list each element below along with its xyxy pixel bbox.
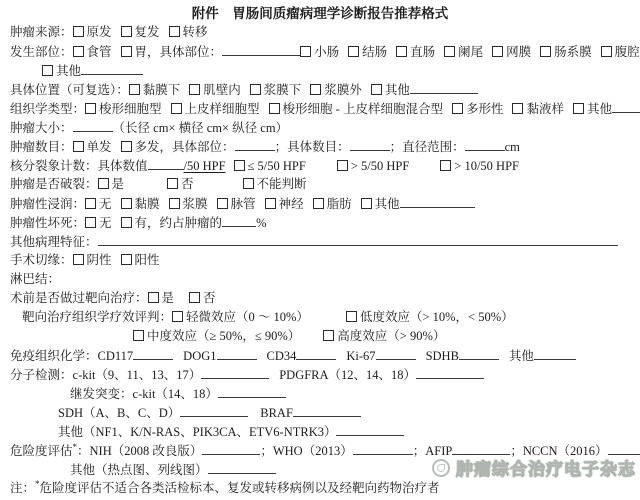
checkbox-icon[interactable]: [300, 46, 311, 57]
checkbox-label: 直肠: [410, 45, 435, 59]
page-title: 附件 胃肠间质瘤病理学诊断报告推荐格式: [0, 0, 640, 23]
checkbox-icon[interactable]: [85, 217, 96, 228]
form-line-secondary-mutation: 继发突变：c-kit（14、18）: [0, 384, 640, 403]
form-line-tumor-rupture: 肿瘤是否破裂：是否不能判断: [0, 175, 640, 194]
checkbox-option[interactable]: 小肠: [300, 45, 339, 59]
checkbox-label: 黏膜: [135, 197, 160, 211]
checkbox-label: 高度效应（> 90%）: [337, 329, 445, 343]
checkbox-label: 轻微效应（0 ～ 10%）: [186, 310, 309, 324]
form-line-risk-assessment-other: 其他（热点图、列线图）: [0, 460, 640, 479]
checkbox-icon[interactable]: [121, 254, 132, 265]
fill-in-blank[interactable]: [336, 422, 404, 436]
checkbox-option[interactable]: > 10/50 HPF: [440, 159, 519, 173]
checkbox-option[interactable]: 浆膜: [169, 197, 208, 211]
checkbox-option[interactable]: 梭形细胞 - 上皮样细胞混合型: [269, 102, 443, 116]
checkbox-icon[interactable]: [573, 103, 584, 114]
checkbox-option[interactable]: 轻微效应（0 ～ 10%）: [172, 310, 309, 324]
checkbox-icon[interactable]: [85, 103, 96, 114]
checkbox-option[interactable]: 肠系膜: [540, 45, 592, 59]
form-line-sdh-braf: SDH（A、B、C、D）BRAF: [0, 403, 640, 422]
checkbox-label: 梭形细胞型: [99, 102, 162, 116]
label-text: 免疫组织化学：: [10, 349, 98, 363]
fill-in-blank[interactable]: [202, 441, 260, 455]
label-text: ，约占肿瘤的: [147, 216, 222, 230]
checkbox-option[interactable]: 原发: [73, 25, 112, 39]
checkbox-option[interactable]: ≤ 5/50 HPF: [234, 159, 306, 173]
checkbox-label: 腹腔: [615, 45, 640, 59]
fill-in-blank[interactable]: [350, 137, 390, 151]
label-text: 具体位置（可复选）：: [10, 83, 129, 97]
form-line-molecular-testing: 分子检测：c-kit（9、11、13、17）PDGFRA（12、14、18）: [0, 365, 640, 384]
label-text: 其他病理特征：: [10, 235, 98, 249]
checkbox-icon[interactable]: [234, 160, 245, 171]
checkbox-icon[interactable]: [310, 84, 321, 95]
form-line-tumor-number: 肿瘤数目：单发多发，具体部位：；具体数目：；直径范围：cm: [0, 137, 640, 156]
label-text: c-kit（14、18）: [133, 387, 218, 401]
fill-in-blank[interactable]: [133, 346, 173, 360]
label-text: 危险度评估: [10, 444, 73, 458]
checkbox-option[interactable]: 肌壁内: [189, 83, 241, 97]
fill-in-blank[interactable]: [410, 80, 478, 94]
checkbox-icon[interactable]: [121, 141, 132, 152]
checkbox-label: 复发: [135, 25, 160, 39]
checkbox-label: 肠系膜: [554, 45, 592, 59]
checkbox-icon[interactable]: [167, 178, 178, 189]
checkbox-label: 转移: [183, 25, 208, 39]
label-text: 手术切缘：: [10, 253, 73, 267]
checkbox-option[interactable]: 黏液样: [512, 102, 564, 116]
checkbox-icon[interactable]: [148, 292, 159, 303]
fill-in-blank[interactable]: [81, 61, 143, 75]
pathology-report-form: 附件 胃肠间质瘤病理学诊断报告推荐格式 肿瘤来源：原发复发转移发生部位：食管胃，…: [0, 0, 640, 500]
form-lines: 肿瘤来源：原发复发转移发生部位：食管胃，具体部位：小肠结肠直肠阑尾网膜肠系膜腹腔…: [0, 23, 640, 498]
form-line-other-genes: 其他（NF1、K/N-RAS、PIK3CA、ETV6-NTRK3）: [0, 422, 640, 441]
checkbox-icon[interactable]: [98, 178, 109, 189]
form-line-other-pathologic-features: 其他病理特征：: [0, 232, 640, 251]
checkbox-option[interactable]: 阑尾: [444, 45, 483, 59]
checkbox-option[interactable]: 其他: [361, 197, 400, 211]
checkbox-option[interactable]: 多形性: [452, 102, 504, 116]
checkbox-option[interactable]: 脂肪: [313, 197, 352, 211]
checkbox-icon[interactable]: [492, 46, 503, 57]
checkbox-label: 否: [181, 177, 194, 191]
checkbox-icon[interactable]: [348, 46, 359, 57]
spacer: [416, 359, 426, 360]
spacer: [336, 359, 346, 360]
form-line-tumor-origin: 肿瘤来源：原发复发转移: [0, 23, 640, 42]
label-text: CD34: [267, 349, 297, 363]
label-text: ，具体部位：: [147, 45, 222, 59]
label-text: c-kit（9、11、13、17）: [73, 368, 202, 382]
checkbox-label: 其他: [56, 64, 81, 78]
form-line-immunohistochemistry: 免疫组织化学：CD117DOG1CD34Ki-67SDHB其他: [0, 346, 640, 365]
checkbox-option[interactable]: 网膜: [492, 45, 531, 59]
checkbox-icon[interactable]: [172, 311, 183, 322]
checkbox-icon[interactable]: [444, 46, 455, 57]
label-text: %: [256, 216, 266, 230]
checkbox-option[interactable]: 是: [148, 291, 175, 305]
label-text: 术前是否做过靶向治疗：: [10, 291, 148, 305]
checkbox-label: 浆膜下: [264, 83, 302, 97]
checkbox-label: 胃: [135, 45, 148, 59]
fill-in-blank[interactable]: [400, 194, 475, 208]
checkbox-option[interactable]: 是: [98, 177, 125, 191]
label-text: Ki-67: [346, 349, 375, 363]
fill-in-blank[interactable]: [459, 346, 499, 360]
checkbox-option[interactable]: 阳性: [121, 253, 160, 267]
form-line-footnote: 注：*危险度评估不适合各类活检标本、复发或转移病例以及经靶向药物治疗者: [0, 479, 640, 498]
spacer: [318, 320, 346, 321]
fill-in-blank[interactable]: [201, 365, 269, 379]
label-text: 肿瘤是否破裂：: [10, 177, 98, 191]
label-text: 肿瘤数目：: [10, 140, 73, 154]
checkbox-option[interactable]: 其他: [371, 83, 410, 97]
checkbox-option[interactable]: 否: [167, 177, 194, 191]
label-text: 分子检测：: [10, 368, 73, 382]
checkbox-option[interactable]: 高度效应（> 90%）: [323, 329, 445, 343]
checkbox-icon[interactable]: [440, 160, 451, 171]
label-text: ；直径范围：: [390, 140, 465, 154]
fill-in-blank[interactable]: [180, 403, 248, 417]
checkbox-option[interactable]: 其他: [42, 64, 81, 78]
checkbox-option[interactable]: 单发: [73, 140, 112, 154]
checkbox-label: 是: [112, 177, 125, 191]
checkbox-label: 其他: [385, 83, 410, 97]
checkbox-label: 小肠: [314, 45, 339, 59]
label-text: ；AFIP: [413, 444, 453, 458]
checkbox-label: 黏液样: [526, 102, 564, 116]
checkbox-option[interactable]: 食管: [73, 45, 112, 59]
form-line-surgical-margin: 手术切缘：阴性阳性: [0, 251, 640, 270]
checkbox-option[interactable]: 否: [189, 291, 216, 305]
checkbox-label: 有: [135, 216, 148, 230]
fill-in-blank[interactable]: [608, 441, 640, 455]
checkbox-icon[interactable]: [169, 26, 180, 37]
checkbox-option[interactable]: 结肠: [348, 45, 387, 59]
checkbox-icon[interactable]: [73, 141, 84, 152]
fill-in-blank[interactable]: [353, 441, 413, 455]
checkbox-icon[interactable]: [133, 330, 144, 341]
checkbox-option[interactable]: 有: [121, 216, 148, 230]
checkbox-label: 脉管: [231, 197, 256, 211]
checkbox-label: 是: [162, 291, 175, 305]
checkbox-option[interactable]: 浆膜外: [310, 83, 362, 97]
label-text: 肿瘤来源：: [10, 25, 73, 39]
checkbox-option[interactable]: 多发: [121, 140, 160, 154]
checkbox-label: 肌壁内: [203, 83, 241, 97]
checkbox-label: 阳性: [135, 253, 160, 267]
form-line-tumor-site-other: 其他: [0, 61, 640, 80]
label-text: 注：: [10, 481, 35, 495]
checkbox-label: 结肠: [362, 45, 387, 59]
label-text: PDGFRA（12、14、18）: [279, 368, 416, 382]
checkbox-label: > 10/50 HPF: [454, 159, 519, 173]
checkbox-icon[interactable]: [73, 254, 84, 265]
checkbox-label: 神经: [279, 197, 304, 211]
label-text: 其他: [509, 349, 534, 363]
fill-in-blank[interactable]: [222, 213, 256, 227]
checkbox-option[interactable]: 直肠: [396, 45, 435, 59]
checkbox-label: > 5/50 HPF: [351, 159, 409, 173]
label-text: ，具体部位：: [160, 140, 235, 154]
checkbox-label: 网膜: [506, 45, 531, 59]
fill-in-blank[interactable]: [293, 403, 361, 417]
checkbox-label: 其他: [375, 197, 400, 211]
form-line-mitotic-count: 核分裂象计数：具体数值/50 HPF≤ 5/50 HPF> 5/50 HPF> …: [0, 156, 640, 175]
form-line-specific-position: 具体位置（可复选）：黏膜下肌壁内浆膜下浆膜外其他: [0, 80, 640, 99]
label-text: 肿瘤性浸润：: [10, 197, 85, 211]
spacer: [173, 359, 183, 360]
fill-in-blank[interactable]: [73, 118, 113, 132]
form-line-therapy-response-row1: 靶向治疗组织学疗效评判：轻微效应（0 ～ 10%）低度效应（> 10%，< 50…: [0, 308, 640, 327]
checkbox-icon[interactable]: [250, 84, 261, 95]
fill-in-blank[interactable]: [534, 346, 576, 360]
checkbox-option[interactable]: 中度效应（≥ 50%，≤ 90%）: [133, 329, 300, 343]
checkbox-icon[interactable]: [269, 103, 280, 114]
checkbox-icon[interactable]: [42, 65, 53, 76]
label-text: DOG1: [183, 349, 216, 363]
fill-in-blank[interactable]: [416, 365, 484, 379]
form-line-lymph-nodes: 淋巴结：: [0, 270, 640, 289]
label-text: 发生部位：: [10, 45, 73, 59]
label-text: CD117: [98, 349, 134, 363]
label-text: 肿瘤大小：: [10, 121, 73, 135]
checkbox-label: 梭形细胞 - 上皮样细胞混合型: [283, 102, 443, 116]
spacer: [133, 187, 167, 188]
checkbox-label: 阴性: [87, 253, 112, 267]
spacer: [309, 339, 323, 340]
checkbox-label: 其他: [587, 102, 612, 116]
label-text: SDHB: [426, 349, 459, 363]
checkbox-icon[interactable]: [129, 84, 140, 95]
checkbox-icon[interactable]: [243, 178, 254, 189]
checkbox-label: 中度效应（≥ 50%，≤ 90%）: [147, 329, 300, 343]
checkbox-icon[interactable]: [396, 46, 407, 57]
label-text: cm: [505, 140, 520, 154]
checkbox-icon[interactable]: [171, 103, 182, 114]
checkbox-option[interactable]: 黏膜: [121, 197, 160, 211]
label-text: 组织学类型：: [10, 102, 85, 116]
label-text: 肿瘤性坏死：: [10, 216, 85, 230]
checkbox-option[interactable]: 不能判断: [243, 177, 307, 191]
checkbox-label: ≤ 5/50 HPF: [248, 159, 306, 173]
checkbox-icon[interactable]: [217, 198, 228, 209]
label-text: 淋巴结：: [10, 272, 60, 286]
checkbox-option[interactable]: 无: [85, 216, 112, 230]
checkbox-icon[interactable]: [346, 311, 357, 322]
label-text: 继发突变：: [70, 387, 133, 401]
checkbox-option[interactable]: 无: [85, 197, 112, 211]
form-line-histologic-type: 组织学类型：梭形细胞型上皮样细胞型梭形细胞 - 上皮样细胞混合型多形性黏液样其他: [0, 99, 640, 118]
checkbox-icon[interactable]: [73, 46, 84, 57]
checkbox-icon[interactable]: [265, 198, 276, 209]
checkbox-label: 低度效应（> 10%，< 50%）: [360, 310, 514, 324]
fill-in-blank[interactable]: [376, 346, 416, 360]
spacer: [226, 169, 234, 170]
checkbox-option[interactable]: 黏膜下: [129, 83, 181, 97]
checkbox-option[interactable]: 腹腔: [601, 45, 640, 59]
form-line-therapy-response-row2: 中度效应（≥ 50%，≤ 90%）高度效应（> 90%）: [0, 327, 640, 346]
fill-in-blank[interactable]: [218, 384, 286, 398]
checkbox-label: 无: [99, 216, 112, 230]
fill-in-blank[interactable]: [217, 346, 257, 360]
checkbox-icon[interactable]: [361, 198, 372, 209]
checkbox-icon[interactable]: [73, 26, 84, 37]
form-line-preop-targeted-therapy: 术前是否做过靶向治疗：是否: [0, 289, 640, 308]
spacer: [499, 359, 509, 360]
checkbox-icon[interactable]: [169, 198, 180, 209]
checkbox-label: 黏膜下: [143, 83, 181, 97]
label-text: ；NCCN（2016）: [510, 444, 607, 458]
spacer: [315, 169, 337, 170]
fill-in-blank[interactable]: [612, 99, 640, 113]
label-text: 核分裂象计数：具体数值: [10, 159, 148, 173]
checkbox-option[interactable]: 其他: [573, 102, 612, 116]
label-text: 靶向治疗组织学疗效评判：: [22, 310, 172, 324]
underlined-unit-text: /50 HPF: [184, 159, 226, 173]
checkbox-label: 原发: [87, 25, 112, 39]
form-line-tumor-size: 肿瘤大小：（长径 cm× 横径 cm× 纵径 cm）: [0, 118, 640, 137]
label-text: （长径 cm× 横径 cm× 纵径 cm）: [113, 121, 289, 135]
checkbox-option[interactable]: 梭形细胞型: [85, 102, 162, 116]
label-text: SDH（A、B、C、D）: [58, 406, 180, 420]
checkbox-label: 多发: [135, 140, 160, 154]
checkbox-option[interactable]: 脉管: [217, 197, 256, 211]
checkbox-label: 单发: [87, 140, 112, 154]
checkbox-icon[interactable]: [323, 330, 334, 341]
checkbox-option[interactable]: 上皮样细胞型: [171, 102, 260, 116]
form-line-risk-assessment: 危险度评估*：NIH（2008 改良版）；WHO（2013）；AFIP；NCCN…: [0, 441, 640, 460]
checkbox-label: 否: [203, 291, 216, 305]
spacer: [269, 378, 279, 379]
label-text: ；WHO（2013）: [260, 444, 352, 458]
checkbox-icon[interactable]: [371, 84, 382, 95]
checkbox-icon[interactable]: [189, 292, 200, 303]
checkbox-label: 脂肪: [327, 197, 352, 211]
checkbox-icon[interactable]: [121, 46, 132, 57]
fill-in-blank[interactable]: [235, 137, 275, 151]
form-line-tumor-site: 发生部位：食管胃，具体部位：小肠结肠直肠阑尾网膜肠系膜腹腔盆腔: [0, 42, 640, 61]
checkbox-icon[interactable]: [540, 46, 551, 57]
checkbox-icon[interactable]: [189, 84, 200, 95]
checkbox-label: 上皮样细胞型: [185, 102, 260, 116]
spacer: [203, 187, 243, 188]
checkbox-label: 不能判断: [257, 177, 307, 191]
spacer: [418, 169, 440, 170]
checkbox-label: 浆膜: [183, 197, 208, 211]
checkbox-icon[interactable]: [337, 160, 348, 171]
checkbox-icon[interactable]: [121, 217, 132, 228]
label-text: BRAF: [260, 406, 293, 420]
checkbox-label: 浆膜外: [324, 83, 362, 97]
checkbox-option[interactable]: 浆膜下: [250, 83, 302, 97]
checkbox-option[interactable]: 神经: [265, 197, 304, 211]
checkbox-icon[interactable]: [512, 103, 523, 114]
checkbox-option[interactable]: 胃: [121, 45, 148, 59]
fill-in-blank[interactable]: [148, 156, 184, 170]
label-text: 危险度评估不适合各类活检标本、复发或转移病例以及经靶向药物治疗者: [40, 481, 440, 495]
checkbox-icon[interactable]: [601, 46, 612, 57]
label-text: ；具体数目：: [275, 140, 350, 154]
checkbox-label: 食管: [87, 45, 112, 59]
form-line-tumor-invasion: 肿瘤性浸润：无黏膜浆膜脉管神经脂肪其他: [0, 194, 640, 213]
checkbox-option[interactable]: > 5/50 HPF: [337, 159, 409, 173]
checkbox-icon[interactable]: [121, 198, 132, 209]
spacer: [248, 416, 260, 417]
checkbox-icon[interactable]: [85, 198, 96, 209]
checkbox-label: 多形性: [466, 102, 504, 116]
fill-in-blank[interactable]: [222, 42, 300, 56]
fill-in-blank[interactable]: [98, 232, 618, 246]
form-line-tumor-necrosis: 肿瘤性坏死：无有，约占肿瘤的%: [0, 213, 640, 232]
fill-in-blank[interactable]: [296, 346, 336, 360]
checkbox-label: 无: [99, 197, 112, 211]
fill-in-blank[interactable]: [452, 441, 510, 455]
checkbox-icon[interactable]: [313, 198, 324, 209]
fill-in-blank[interactable]: [208, 460, 276, 474]
checkbox-label: 阑尾: [458, 45, 483, 59]
checkbox-option[interactable]: 转移: [169, 25, 208, 39]
checkbox-icon[interactable]: [121, 26, 132, 37]
label-text: ：NIH（2008 改良版）: [77, 444, 202, 458]
spacer: [257, 359, 267, 360]
checkbox-icon[interactable]: [452, 103, 463, 114]
fill-in-blank[interactable]: [465, 137, 505, 151]
label-text: 其他（NF1、K/N-RAS、PIK3CA、ETV6-NTRK3）: [58, 425, 336, 439]
checkbox-option[interactable]: 阴性: [73, 253, 112, 267]
label-text: 其他（热点图、列线图）: [70, 463, 208, 477]
checkbox-option[interactable]: 复发: [121, 25, 160, 39]
checkbox-option[interactable]: 低度效应（> 10%，< 50%）: [346, 310, 514, 324]
